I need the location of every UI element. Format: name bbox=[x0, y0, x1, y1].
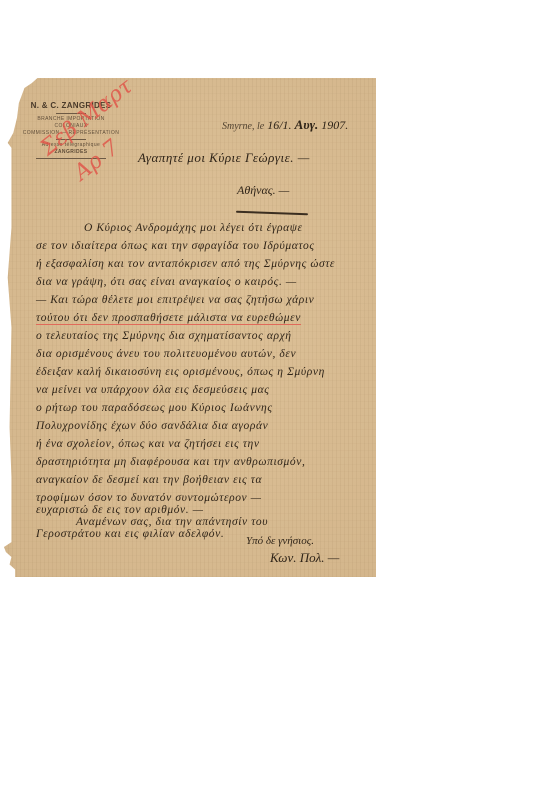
body-line: τούτου ότι δεν προσπαθήσετε μάλιστα να ε… bbox=[36, 312, 301, 325]
body-line: αναγκαίον δε δεσμεί και την βοήθειαν εις… bbox=[36, 474, 262, 486]
body-line: έδειξαν καλή δικαιοσύνη εις ορισμένους, … bbox=[36, 366, 325, 378]
date-day: 16/1. bbox=[267, 118, 291, 132]
body-line: ή εξασφαλίση και τον ανταπόκρισεν από τη… bbox=[36, 258, 335, 270]
body-line: Γεροστράτου και εις φιλίαν αδελφόν. bbox=[36, 528, 224, 540]
recipient-city: Αθήνας. — bbox=[237, 183, 289, 198]
body-line: Ο Κύριος Ανδρομάχης μοι λέγει ότι έγραψε bbox=[84, 222, 303, 234]
body-line: ή ένα σχολείον, όπως και να ζητήσει εις … bbox=[36, 438, 260, 450]
body-line: ευχαριστώ δε εις τον αριθμόν. — bbox=[36, 504, 204, 516]
body-line: Πολυχρονίδης έχων δύο σανδάλια δια αγορά… bbox=[36, 420, 268, 432]
dateline: Smyrne, le 16/1. Αυγ. 1907. bbox=[222, 117, 348, 133]
salutation: Αγαπητέ μοι Κύριε Γεώργιε. — bbox=[138, 150, 310, 166]
body-line: δια ορισμένους άνευ του πολιτευομένου αυ… bbox=[36, 348, 296, 360]
body-line: τροφίμων όσον το δυνατόν συντομώτερον — bbox=[36, 492, 262, 504]
body-line: δια να γράψη, ότι σας είναι αναγκαίος ο … bbox=[36, 276, 297, 288]
date-month: Αυγ. bbox=[295, 117, 319, 132]
body-line: ο ρήτωρ του παραδόσεως μου Κύριος Ιωάννη… bbox=[36, 402, 273, 414]
body-line: Αναμένων σας, δια την απάντησίν του bbox=[76, 516, 268, 528]
body-line: ο τελευταίος της Σμύρνης δια σχηματίσαντ… bbox=[36, 330, 292, 342]
date-place: Smyrne, le bbox=[222, 121, 264, 132]
date-year: 1907. bbox=[321, 118, 348, 132]
body-line: να μείνει να υπάρχουν όλα εις δεσμεύσεις… bbox=[36, 384, 270, 396]
signature: Κων. Πολ. — bbox=[270, 550, 339, 566]
closing: Υπό δε γνήσιος. bbox=[246, 535, 314, 547]
body-line: — Και τώρα θέλετε μοι επιτρέψει να σας ζ… bbox=[36, 294, 314, 306]
body-line: δραστηριότητα μη διαφέρουσα και την ανθρ… bbox=[36, 456, 305, 468]
body-line: σε τον ιδιαίτερα όπως και την σφραγίδα τ… bbox=[36, 240, 315, 252]
